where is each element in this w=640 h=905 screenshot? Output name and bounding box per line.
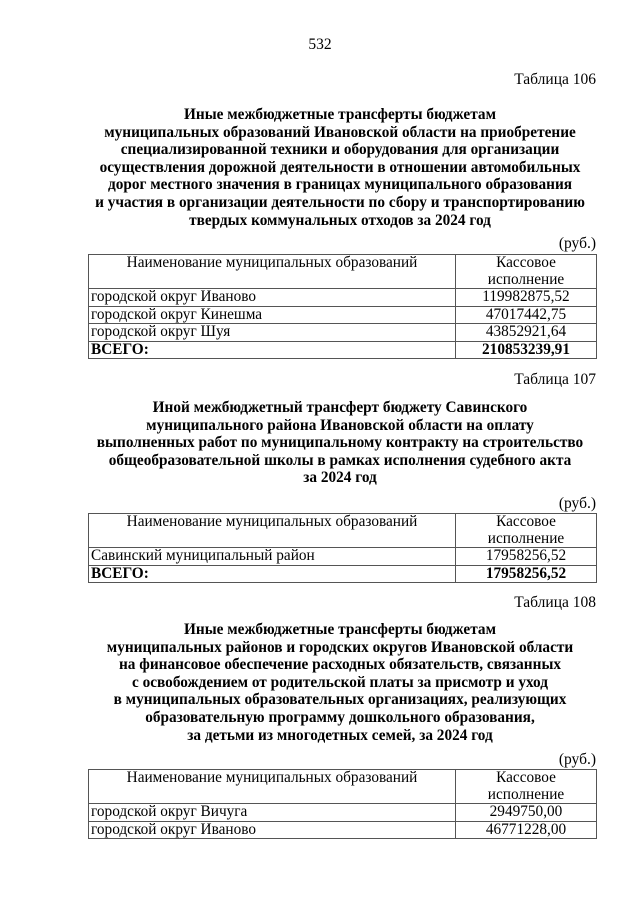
title-line: общеобразовательной школы в рамках испол…	[60, 452, 620, 470]
table-row: Савинский муниципальный район 17958256,5…	[89, 548, 597, 566]
row-value: 2949750,00	[456, 804, 597, 822]
table-row: городской округ Кинешма 47017442,75	[89, 306, 597, 324]
row-name: городской округ Вичуга	[89, 804, 456, 822]
title-line: образовательную программу дошкольного об…	[60, 709, 620, 727]
column-header-name: Наименование муниципальных образований	[89, 514, 456, 548]
table-106: Наименование муниципальных образований К…	[88, 254, 597, 359]
title-line: твердых коммунальных отходов за 2024 год	[60, 212, 620, 230]
table-107: Наименование муниципальных образований К…	[88, 513, 597, 583]
table-108-title: Иные межбюджетные трансферты бюджетам му…	[60, 621, 620, 744]
column-header-name: Наименование муниципальных образований	[89, 770, 456, 804]
row-name: Савинский муниципальный район	[89, 548, 456, 566]
title-line: Иной межбюджетный трансферт бюджету Сави…	[60, 399, 620, 417]
row-name: городской округ Иваново	[89, 821, 456, 839]
title-line: специализированной техники и оборудовани…	[60, 141, 620, 159]
row-value: 46771228,00	[456, 821, 597, 839]
table-row: городской округ Вичуга 2949750,00	[89, 804, 597, 822]
row-value: 43852921,64	[456, 324, 597, 342]
table-106-label: Таблица 106	[514, 71, 596, 89]
total-value: 17958256,52	[456, 565, 597, 583]
total-row: ВСЕГО: 17958256,52	[89, 565, 597, 583]
title-line: муниципальных образований Ивановской обл…	[60, 124, 620, 142]
row-value: 17958256,52	[456, 548, 597, 566]
row-name: городской округ Иваново	[89, 289, 456, 307]
table-row: городской округ Иваново 119982875,52	[89, 289, 597, 307]
total-row: ВСЕГО: 210853239,91	[89, 341, 597, 359]
table-107-label: Таблица 107	[514, 371, 596, 389]
column-header-amount: Кассовоеисполнение	[456, 255, 597, 289]
table-header-row: Наименование муниципальных образований К…	[89, 514, 597, 548]
table-header-row: Наименование муниципальных образований К…	[89, 255, 597, 289]
row-value: 47017442,75	[456, 306, 597, 324]
row-name: городской округ Шуя	[89, 324, 456, 342]
row-name: городской округ Кинешма	[89, 306, 456, 324]
table-106-units: (руб.)	[559, 235, 596, 253]
title-line: за 2024 год	[60, 469, 620, 487]
title-line: Иные межбюджетные трансферты бюджетам	[60, 106, 620, 124]
column-header-name: Наименование муниципальных образований	[89, 255, 456, 289]
column-header-amount: Кассовоеисполнение	[456, 770, 597, 804]
total-label: ВСЕГО:	[89, 565, 456, 583]
title-line: дорог местного значения в границах муниц…	[60, 176, 620, 194]
title-line: муниципальных районов и городских округо…	[60, 639, 620, 657]
title-line: с освобождением от родительской платы за…	[60, 674, 620, 692]
column-header-amount: Кассовоеисполнение	[456, 514, 597, 548]
title-line: в муниципальных образовательных организа…	[60, 691, 620, 709]
table-106-title: Иные межбюджетные трансферты бюджетам му…	[60, 106, 620, 229]
table-107-title: Иной межбюджетный трансферт бюджету Сави…	[60, 399, 620, 487]
table-108-label: Таблица 108	[514, 594, 596, 612]
table-row: городской округ Шуя 43852921,64	[89, 324, 597, 342]
table-108: Наименование муниципальных образований К…	[88, 769, 597, 839]
table-108-units: (руб.)	[559, 751, 596, 769]
title-line: за детьми из многодетных семей, за 2024 …	[60, 727, 620, 745]
title-line: на финансовое обеспечение расходных обяз…	[60, 656, 620, 674]
title-line: Иные межбюджетные трансферты бюджетам	[60, 621, 620, 639]
title-line: муниципального района Ивановской области…	[60, 417, 620, 435]
title-line: осуществления дорожной деятельности в от…	[60, 159, 620, 177]
total-label: ВСЕГО:	[89, 341, 456, 359]
title-line: выполненных работ по муниципальному конт…	[60, 434, 620, 452]
total-value: 210853239,91	[456, 341, 597, 359]
row-value: 119982875,52	[456, 289, 597, 307]
table-header-row: Наименование муниципальных образований К…	[89, 770, 597, 804]
table-107-units: (руб.)	[559, 495, 596, 513]
page-number: 532	[0, 36, 640, 54]
title-line: и участия в организации деятельности по …	[60, 194, 620, 212]
table-row: городской округ Иваново 46771228,00	[89, 821, 597, 839]
